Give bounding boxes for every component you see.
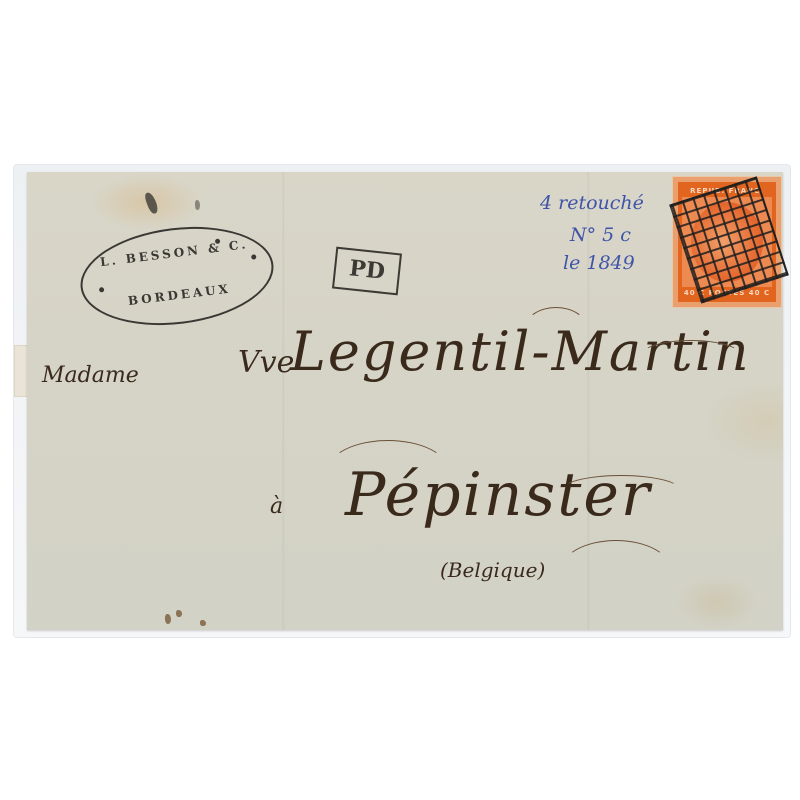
cachet-dot (99, 287, 105, 293)
ink-smudge (195, 200, 200, 210)
pen-flourish (560, 475, 682, 507)
pencil-note-retouche: 4 retouché (540, 192, 644, 214)
cachet-dot (251, 254, 257, 260)
stain-spot (165, 614, 171, 624)
address-salutation: Madame (42, 363, 139, 388)
pen-flourish (327, 440, 449, 502)
address-country: (Belgique) (440, 558, 545, 582)
address-preposition: à (270, 494, 283, 519)
pen-flourish (560, 540, 672, 602)
pen-flourish (640, 340, 742, 372)
address-title: Vve (238, 345, 294, 380)
pencil-note-number: N° 5 c (570, 224, 631, 246)
pen-flourish (525, 307, 587, 349)
stain-spot (176, 610, 182, 617)
pencil-note-year: le 1849 (563, 252, 635, 274)
pd-postmark: PD (332, 247, 402, 296)
stain-spot (200, 620, 206, 626)
